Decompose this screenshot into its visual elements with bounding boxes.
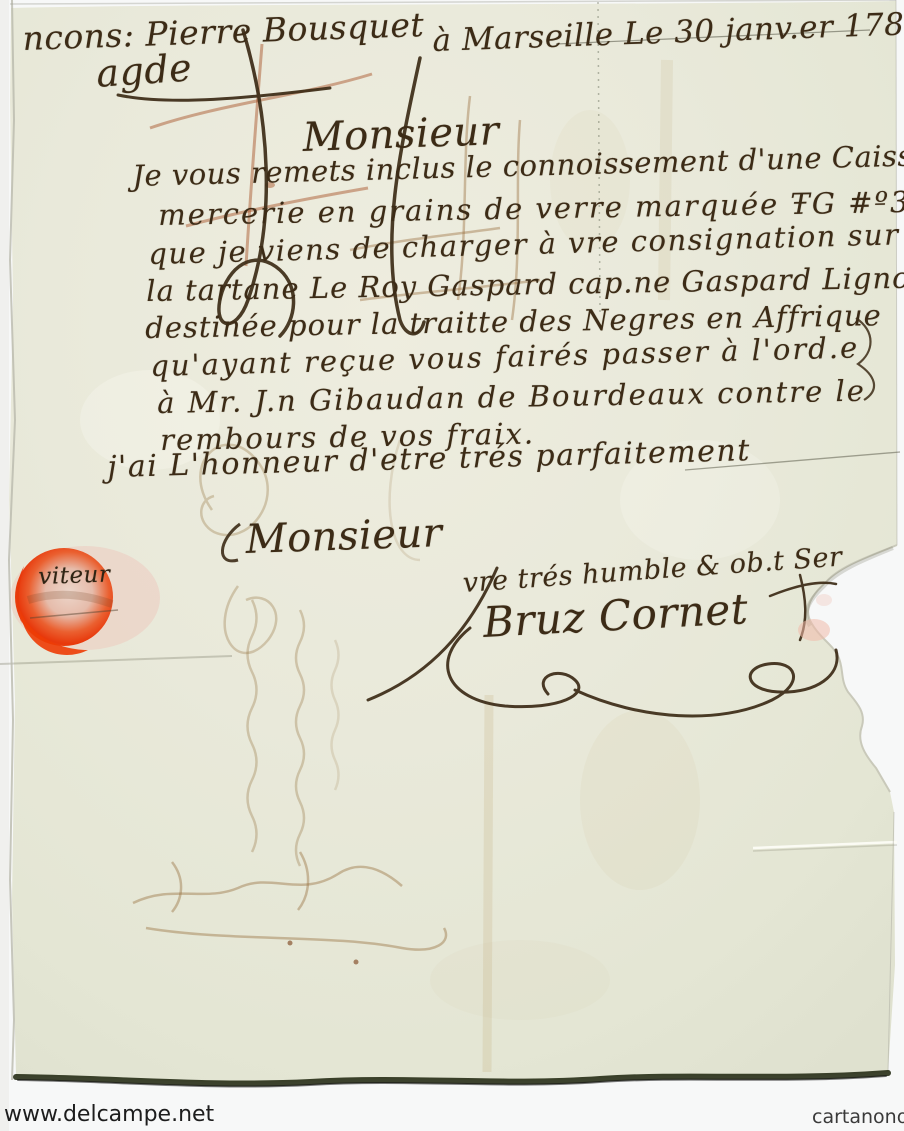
annotation-origin: agde <box>95 48 193 93</box>
compliment-continuation: viteur <box>38 563 111 588</box>
scanned-letter: ncons: Pierre Bousquet agde à Marseille … <box>0 0 904 1131</box>
scan-left-strip <box>0 0 9 1131</box>
watermark-delcampe: www.delcampe.net <box>4 1104 214 1126</box>
watermark-cartanono: cartanono <box>812 1108 904 1127</box>
valediction: Monsieur <box>245 513 443 560</box>
